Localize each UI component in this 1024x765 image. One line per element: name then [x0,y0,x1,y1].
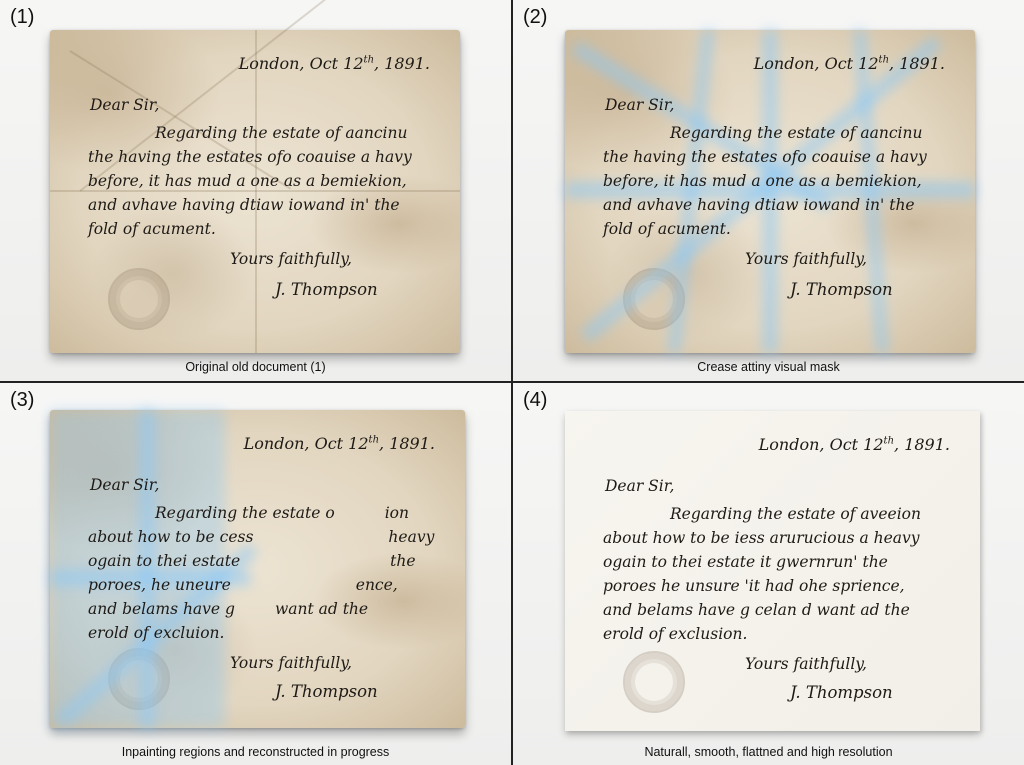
panel-inpainting: (3) London, Oct 12th, 1891. Dear Sir, Re… [0,383,511,765]
panel-label: (4) [523,389,547,412]
letter-line: ogain to thei estate it gwernrun' the [603,553,888,571]
letter-greeting: Dear Sir, [90,476,159,494]
panel-caption: Inpainting regions and reconstructed in … [0,745,511,759]
panel-caption: Crease attiny visual mask [513,360,1024,374]
letter-closing: Yours faithfully, [745,250,867,268]
letter-line: Regarding the estate of aancinu [155,124,407,142]
letter-line: and belams have gwant ad the [88,600,368,618]
inpainting-document: London, Oct 12th, 1891. Dear Sir, Regard… [50,410,465,728]
letter-line: erold of excluion. [88,624,224,642]
masked-document: London, Oct 12th, 1891. Dear Sir, Regard… [565,30,975,353]
panel-caption: Naturall, smooth, flattned and high reso… [513,745,1024,759]
letter-closing: Yours faithfully, [230,250,352,268]
letter-date: London, Oct 12th, 1891. [759,435,950,454]
letter-line: ogain to thei estatethe [88,552,416,570]
letter-line: and avhave having dtiaw iowand in' the [88,196,400,214]
letter-line: about how to be cessheavy [88,528,434,546]
letter-line: the having the estates ofo coauise a hav… [603,148,927,166]
letter-line: Regarding the estate oion [155,504,409,522]
grid-divider-horizontal [0,381,1024,383]
letter-line: before, it has mud a one as a bemiekion, [88,172,407,190]
letter-signature: J. Thompson [790,280,893,299]
old-document: London, Oct 12th, 1891. Dear Sir, Regard… [50,30,460,353]
letter-text: London, Oct 12th, 1891. Dear Sir, Regard… [50,410,465,728]
letter-line: poroes, he uneureence, [88,576,398,594]
panel-caption: Original old document (1) [0,360,511,374]
letter-line: fold of acument. [88,220,216,238]
comparison-grid: (1) London, Oct 12th, 1891. Dear Sir, Re… [0,0,1024,765]
letter-line: and belams have g celan d want ad the [603,601,910,619]
letter-signature: J. Thompson [275,682,378,701]
panel-original: (1) London, Oct 12th, 1891. Dear Sir, Re… [0,0,511,381]
letter-closing: Yours faithfully, [745,655,867,673]
letter-line: Regarding the estate of aancinu [670,124,922,142]
letter-greeting: Dear Sir, [605,477,674,495]
restored-document: London, Oct 12th, 1891. Dear Sir, Regard… [565,411,980,731]
letter-line: poroes he unsure 'it had ohe sprience, [603,577,905,595]
panel-label: (2) [523,6,547,29]
letter-line: before, it has mud a one as a bemiekion, [603,172,922,190]
panel-crease-mask: (2) London, Oct 12th, 1891. Dear Sir, Re… [513,0,1024,381]
panel-label: (3) [10,389,34,412]
letter-date: London, Oct 12th, 1891. [754,54,945,73]
letter-text: London, Oct 12th, 1891. Dear Sir, Regard… [50,30,460,353]
letter-line: about how to be iess arurucious a heavy [603,529,920,547]
panel-restored: (4) London, Oct 12th, 1891. Dear Sir, Re… [513,383,1024,765]
letter-signature: J. Thompson [790,683,893,702]
letter-signature: J. Thompson [275,280,378,299]
letter-text: London, Oct 12th, 1891. Dear Sir, Regard… [565,411,980,731]
letter-closing: Yours faithfully, [230,654,352,672]
letter-line: erold of exclusion. [603,625,747,643]
panel-label: (1) [10,6,34,29]
letter-date: London, Oct 12th, 1891. [239,54,430,73]
letter-date: London, Oct 12th, 1891. [244,434,435,453]
letter-line: the having the estates ofo coauise a hav… [88,148,412,166]
letter-line: fold of acument. [603,220,731,238]
letter-line: and avhave having dtiaw iowand in' the [603,196,915,214]
letter-greeting: Dear Sir, [90,96,159,114]
letter-line: Regarding the estate of aveeion [670,505,921,523]
letter-greeting: Dear Sir, [605,96,674,114]
letter-text: London, Oct 12th, 1891. Dear Sir, Regard… [565,30,975,353]
